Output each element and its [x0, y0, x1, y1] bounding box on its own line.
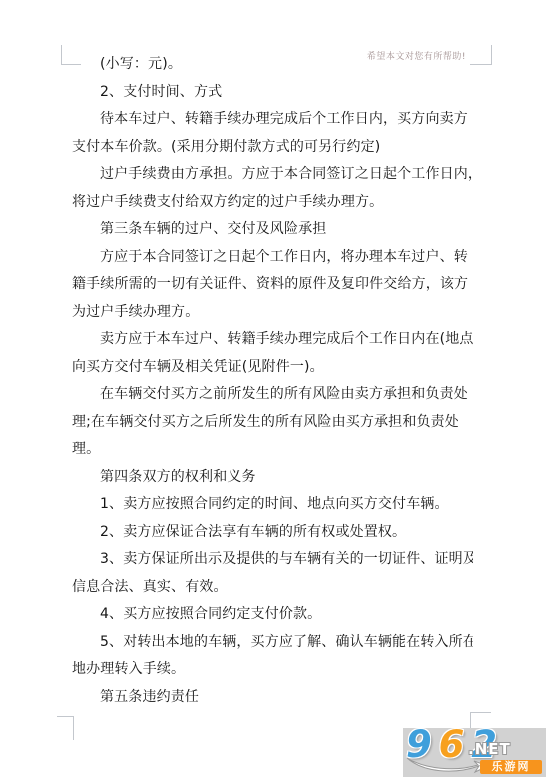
watermark-site-name-badge: 乐游网: [480, 760, 542, 774]
site-watermark-logo: 9 6 2 .NET 乐游网: [403, 728, 546, 777]
contract-text-line: 理;在车辆交付买方之后所发生的所有风险由买方承担和负责处: [72, 409, 473, 437]
contract-text-line: 待本车过户、转籍手续办理完成后个工作日内，买方向卖方: [72, 106, 473, 134]
contract-text-line: 过户手续费由方承担。方应于本合同签订之日起个工作日内，: [72, 161, 473, 189]
contract-text-line: 3、卖方保证所出示及提供的与车辆有关的一切证件、证明及: [72, 546, 473, 574]
contract-text-line: 第五条违约责任: [72, 684, 473, 712]
contract-text-line: 籍手续所需的一切有关证件、资料的原件及复印件交给方，该方: [72, 271, 473, 299]
contract-text-line: 支付本车价款。(采用分期付款方式的可另行约定): [72, 134, 473, 162]
swoosh-arrow-icon: [405, 755, 489, 777]
contract-text-line: 向买方交付车辆及相关凭证(见附件一)。: [72, 354, 473, 382]
contract-text-line: 将过户手续费支付给双方约定的过户手续办理方。: [72, 189, 473, 217]
contract-text-line: 4、买方应按照合同约定支付价款。: [72, 601, 473, 629]
contract-text-line: 方应于本合同签订之日起个工作日内，将办理本车过户、转: [72, 244, 473, 272]
contract-text-line: 2、支付时间、方式: [72, 79, 473, 107]
document-page: 希望本文对您有所帮助! (小写：元)。2、支付时间、方式待本车过户、转籍手续办理…: [0, 0, 546, 777]
contract-text-line: 第三条车辆的过户、交付及风险承担: [72, 216, 473, 244]
contract-text-line: 1、卖方应按照合同约定的时间、地点向买方交付车辆。: [72, 491, 473, 519]
contract-text-line: 2、卖方应保证合法享有车辆的所有权或处置权。: [72, 519, 473, 547]
contract-text-line: 第四条双方的权利和义务: [72, 464, 473, 492]
margin-corner-mark-top-right: [470, 45, 492, 65]
margin-corner-mark-bottom-left: [57, 716, 74, 740]
contract-text-body: (小写：元)。2、支付时间、方式待本车过户、转籍手续办理完成后个工作日内，买方向…: [72, 51, 473, 711]
contract-text-line: 为过户手续办理方。: [72, 299, 473, 327]
contract-text-line: 在车辆交付买方之前所发生的所有风险由卖方承担和负责处: [72, 381, 473, 409]
contract-text-line: 地办理转入手续。: [72, 656, 473, 684]
contract-text-line: 5、对转出本地的车辆，买方应了解、确认车辆能在转入所在: [72, 629, 473, 657]
contract-text-line: 理。: [72, 436, 473, 464]
contract-text-line: 信息合法、真实、有效。: [72, 574, 473, 602]
contract-text-line: (小写：元)。: [72, 51, 473, 79]
contract-text-line: 卖方应于本车过户、转籍手续办理完成后个工作日内在(地点): [72, 326, 473, 354]
